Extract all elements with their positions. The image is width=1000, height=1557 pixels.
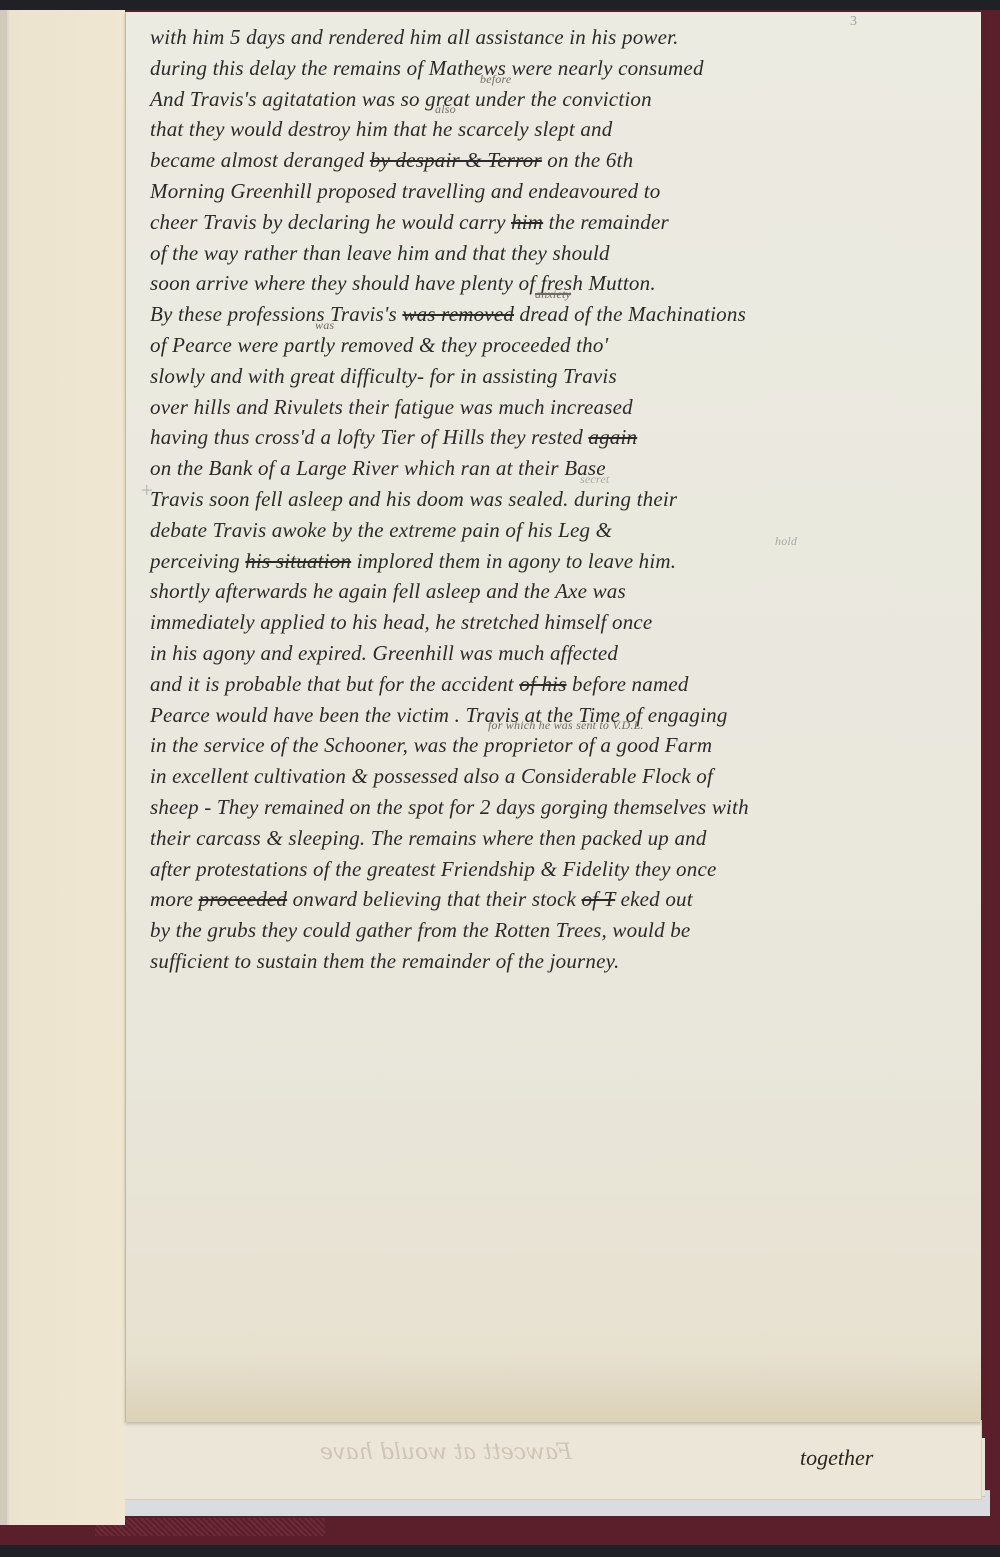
manuscript-line: by the grubs they could gather from the … (150, 915, 980, 946)
manuscript-line: in excellent cultivation & possessed als… (150, 761, 980, 792)
interlinear-annotation: secret (580, 472, 609, 486)
line-text: soon arrive where they should have plent… (150, 271, 656, 295)
manuscript-line: during this delay the remains of Mathews… (150, 53, 980, 84)
manuscript-line: on the Bank of a Large River which ran a… (150, 453, 980, 484)
catchword: together (800, 1445, 873, 1471)
line-text: in excellent cultivation & possessed als… (150, 764, 713, 788)
interlinear-annotation: for which he was sent to V.D.L. (488, 718, 644, 732)
manuscript-text: with him 5 days and rendered him all ass… (150, 22, 980, 977)
manuscript-line: slowly and with great difficulty- for in… (150, 361, 980, 392)
flyleaf-edge (0, 10, 7, 1525)
interlinear-annotation: anxiety (535, 287, 571, 301)
line-text: Travis soon fell asleep and his doom was… (150, 487, 677, 511)
line-text: implored them in agony to leave him. (351, 549, 676, 573)
manuscript-line: over hills and Rivulets their fatigue wa… (150, 392, 980, 423)
manuscript-line: Travis soon fell asleep and his doom was… (150, 484, 980, 515)
line-text: the remainder (543, 210, 669, 234)
binding-cloth-strip (95, 1518, 325, 1536)
line-text: Morning Greenhill proposed travelling an… (150, 179, 660, 203)
interlinear-annotation: hold (775, 534, 797, 548)
manuscript-line: Morning Greenhill proposed travelling an… (150, 176, 980, 207)
line-text: immediately applied to his head, he stre… (150, 610, 652, 634)
line-text: shortly afterwards he again fell asleep … (150, 579, 626, 603)
line-text: in the service of the Schooner, was the … (150, 733, 712, 757)
manuscript-line: sufficient to sustain them the remainder… (150, 946, 980, 977)
line-text: their carcass & sleeping. The remains wh… (150, 826, 707, 850)
manuscript-line: of Pearce were partly removed & they pro… (150, 330, 980, 361)
struck-text: him (511, 210, 543, 234)
manuscript-line: with him 5 days and rendered him all ass… (150, 22, 980, 53)
line-text: before named (567, 672, 689, 696)
line-text: became almost deranged (150, 148, 370, 172)
line-text: more (150, 887, 199, 911)
line-text: onward believing that their stock (287, 887, 581, 911)
manuscript-line: their carcass & sleeping. The remains wh… (150, 823, 980, 854)
line-text: in his agony and expired. Greenhill was … (150, 641, 618, 665)
manuscript-line: sheep - They remained on the spot for 2 … (150, 792, 980, 823)
manuscript-line: that they would destroy him that he scar… (150, 114, 980, 145)
manuscript-line: immediately applied to his head, he stre… (150, 607, 980, 638)
manuscript-line: of the way rather than leave him and tha… (150, 238, 980, 269)
interlinear-annotation: was (315, 318, 334, 332)
line-text: By these professions Travis's (150, 302, 402, 326)
line-text: on the Bank of a Large River which ran a… (150, 456, 606, 480)
manuscript-line: became almost deranged by despair & Terr… (150, 145, 980, 176)
manuscript-line: and it is probable that but for the acci… (150, 669, 980, 700)
line-text: that they would destroy him that he scar… (150, 117, 612, 141)
struck-text: was removed (402, 302, 514, 326)
line-text: having thus cross'd a lofty Tier of Hill… (150, 425, 588, 449)
line-text: cheer Travis by declaring he would carry (150, 210, 511, 234)
manuscript-line: perceiving his situation implored them i… (150, 546, 980, 577)
struck-text: his situation (245, 549, 351, 573)
manuscript-line: in the service of the Schooner, was the … (150, 730, 980, 761)
struck-text: again (588, 425, 637, 449)
manuscript-line: debate Travis awoke by the extreme pain … (150, 515, 980, 546)
line-text: and it is probable that but for the acci… (150, 672, 519, 696)
struck-text: of his (519, 672, 566, 696)
interlinear-annotation: also (435, 102, 456, 116)
line-text: of Pearce were partly removed & they pro… (150, 333, 608, 357)
manuscript-line: By these professions Travis's was remove… (150, 299, 980, 330)
line-text: sheep - They remained on the spot for 2 … (150, 795, 749, 819)
line-text: eked out (615, 887, 693, 911)
manuscript-line: cheer Travis by declaring he would carry… (150, 207, 980, 238)
line-text: after protestations of the greatest Frie… (150, 857, 717, 881)
line-text: slowly and with great difficulty- for in… (150, 364, 617, 388)
line-text: during this delay the remains of Mathews… (150, 56, 704, 80)
line-text: by the grubs they could gather from the … (150, 918, 690, 942)
line-text: on the 6th (542, 148, 633, 172)
bleed-through-text: Fawcett at would have (320, 1440, 572, 1465)
manuscript-line: more proceeded onward believing that the… (150, 884, 980, 915)
line-text: perceiving (150, 549, 245, 573)
line-text: of the way rather than leave him and tha… (150, 241, 610, 265)
flyleaf (0, 10, 125, 1525)
interlinear-annotation: before (480, 72, 511, 86)
line-text: debate Travis awoke by the extreme pain … (150, 518, 612, 542)
manuscript-line: in his agony and expired. Greenhill was … (150, 638, 980, 669)
line-text: dread of the Machinations (514, 302, 746, 326)
manuscript-line: having thus cross'd a lofty Tier of Hill… (150, 422, 980, 453)
struck-text: of T (581, 887, 615, 911)
struck-text: proceeded (199, 887, 287, 911)
line-text: And Travis's agitatation was so great un… (150, 87, 652, 111)
manuscript-line: And Travis's agitatation was so great un… (150, 84, 980, 115)
manuscript-line: shortly afterwards he again fell asleep … (150, 576, 980, 607)
manuscript-line: after protestations of the greatest Frie… (150, 854, 980, 885)
line-text: over hills and Rivulets their fatigue wa… (150, 395, 633, 419)
struck-text: by despair & Terror (370, 148, 542, 172)
line-text: with him 5 days and rendered him all ass… (150, 25, 679, 49)
line-text: sufficient to sustain them the remainder… (150, 949, 619, 973)
